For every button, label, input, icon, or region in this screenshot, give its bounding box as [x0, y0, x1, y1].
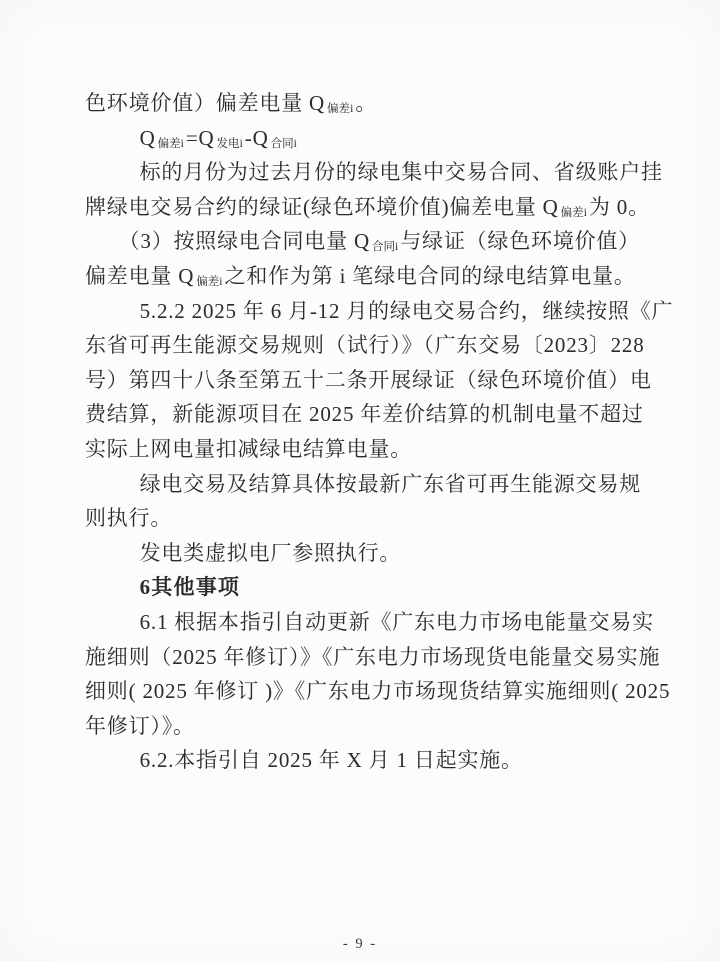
document-line: 6.1 根据本指引自动更新《广东电力市场电能量交易实 [85, 605, 637, 640]
text-segment: 色环境价值）偏差电量 Q [85, 91, 325, 115]
subscript-segment: 合同i [372, 241, 398, 253]
document-page: 色环境价值）偏差电量 Q偏差i。Q偏差i=Q发电i-Q合同i标的月份为过去月份的… [0, 0, 720, 961]
document-line: 牌绿电交易合约的绿证(绿色环境价值)偏差电量 Q偏差i为 0。 [85, 190, 637, 225]
text-segment: 施细则（2025 年修订）》《广东电力市场现货电能量交易实施 [85, 645, 660, 669]
subscript-segment: 偏差i [158, 138, 184, 150]
text-segment: -Q [245, 126, 269, 150]
document-line: 实际上网电量扣减绿电结算电量。 [85, 432, 637, 467]
text-segment: 6.2.本指引自 2025 年 X 月 1 日起实施。 [140, 748, 523, 772]
text-segment: =Q [186, 126, 215, 150]
text-segment: 号）第四十八条至第五十二条开展绿证（绿色环境价值）电 [85, 368, 652, 392]
document-line: 绿电交易及结算具体按最新广东省可再生能源交易规 [85, 467, 637, 502]
document-line: Q偏差i=Q发电i-Q合同i [85, 121, 637, 156]
text-segment: 实际上网电量扣减绿电结算电量。 [85, 437, 412, 461]
text-segment: 则执行。 [85, 506, 172, 530]
text-segment: 东省可再生能源交易规则（试行）》（广东交易〔2023〕228 [85, 333, 645, 357]
page-number: - 9 - [0, 936, 720, 953]
document-line: （3）按照绿电合同电量 Q合同i与绿证（绿色环境价值） [85, 224, 637, 259]
document-line: 5.2.2 2025 年 6 月-12 月的绿电交易合约，继续按照《广 [85, 294, 637, 329]
text-segment: 发电类虚拟电厂参照执行。 [140, 541, 402, 565]
document-line: 偏差电量 Q偏差i之和作为第 i 笔绿电合同的绿电结算电量。 [85, 259, 637, 294]
text-segment: （3）按照绿电合同电量 Q [119, 229, 370, 253]
document-line: 费结算，新能源项目在 2025 年差价结算的机制电量不超过 [85, 397, 637, 432]
text-segment: 为 0。 [589, 195, 650, 219]
text-segment: 绿电交易及结算具体按最新广东省可再生能源交易规 [140, 472, 641, 496]
text-segment: 标的月份为过去月份的绿电集中交易合同、省级账户挂 [140, 160, 663, 184]
text-segment: 之和作为第 i 笔绿电合同的绿电结算电量。 [225, 264, 636, 288]
document-line: 东省可再生能源交易规则（试行）》（广东交易〔2023〕228 [85, 328, 637, 363]
text-segment: 6.1 根据本指引自动更新《广东电力市场电能量交易实 [140, 610, 654, 634]
subscript-segment: 偏差i [561, 207, 587, 219]
document-line: 号）第四十八条至第五十二条开展绿证（绿色环境价值）电 [85, 363, 637, 398]
document-line: 色环境价值）偏差电量 Q偏差i。 [85, 86, 637, 121]
text-segment: 5.2.2 2025 年 6 月-12 月的绿电交易合约，继续按照《广 [140, 299, 674, 323]
text-segment: 6其他事项 [140, 575, 241, 599]
text-segment: Q [140, 126, 156, 150]
subscript-segment: 发电i [216, 138, 242, 150]
subscript-segment: 合同i [271, 138, 297, 150]
text-segment: 与绿证（绿色环境价值） [400, 229, 640, 253]
subscript-segment: 偏差i [196, 276, 222, 288]
text-segment: 年修订）》。 [85, 714, 195, 738]
text-segment: 。 [355, 91, 377, 115]
text-segment: 费结算，新能源项目在 2025 年差价结算的机制电量不超过 [85, 402, 644, 426]
document-line: 发电类虚拟电厂参照执行。 [85, 536, 637, 571]
document-body: 色环境价值）偏差电量 Q偏差i。Q偏差i=Q发电i-Q合同i标的月份为过去月份的… [85, 86, 637, 778]
document-line: 年修订）》。 [85, 709, 637, 744]
section-heading: 6其他事项 [85, 570, 637, 605]
text-segment: 细则( 2025 年修订 )》《广东电力市场现货结算实施细则( 2025 [85, 679, 670, 703]
text-segment: 偏差电量 Q [85, 264, 194, 288]
document-line: 施细则（2025 年修订）》《广东电力市场现货电能量交易实施 [85, 640, 637, 675]
document-line: 则执行。 [85, 501, 637, 536]
document-line: 细则( 2025 年修订 )》《广东电力市场现货结算实施细则( 2025 [85, 674, 637, 709]
subscript-segment: 偏差i [327, 103, 353, 115]
text-segment: 牌绿电交易合约的绿证(绿色环境价值)偏差电量 Q [85, 195, 559, 219]
document-line: 标的月份为过去月份的绿电集中交易合同、省级账户挂 [85, 155, 637, 190]
document-line: 6.2.本指引自 2025 年 X 月 1 日起实施。 [85, 743, 637, 778]
